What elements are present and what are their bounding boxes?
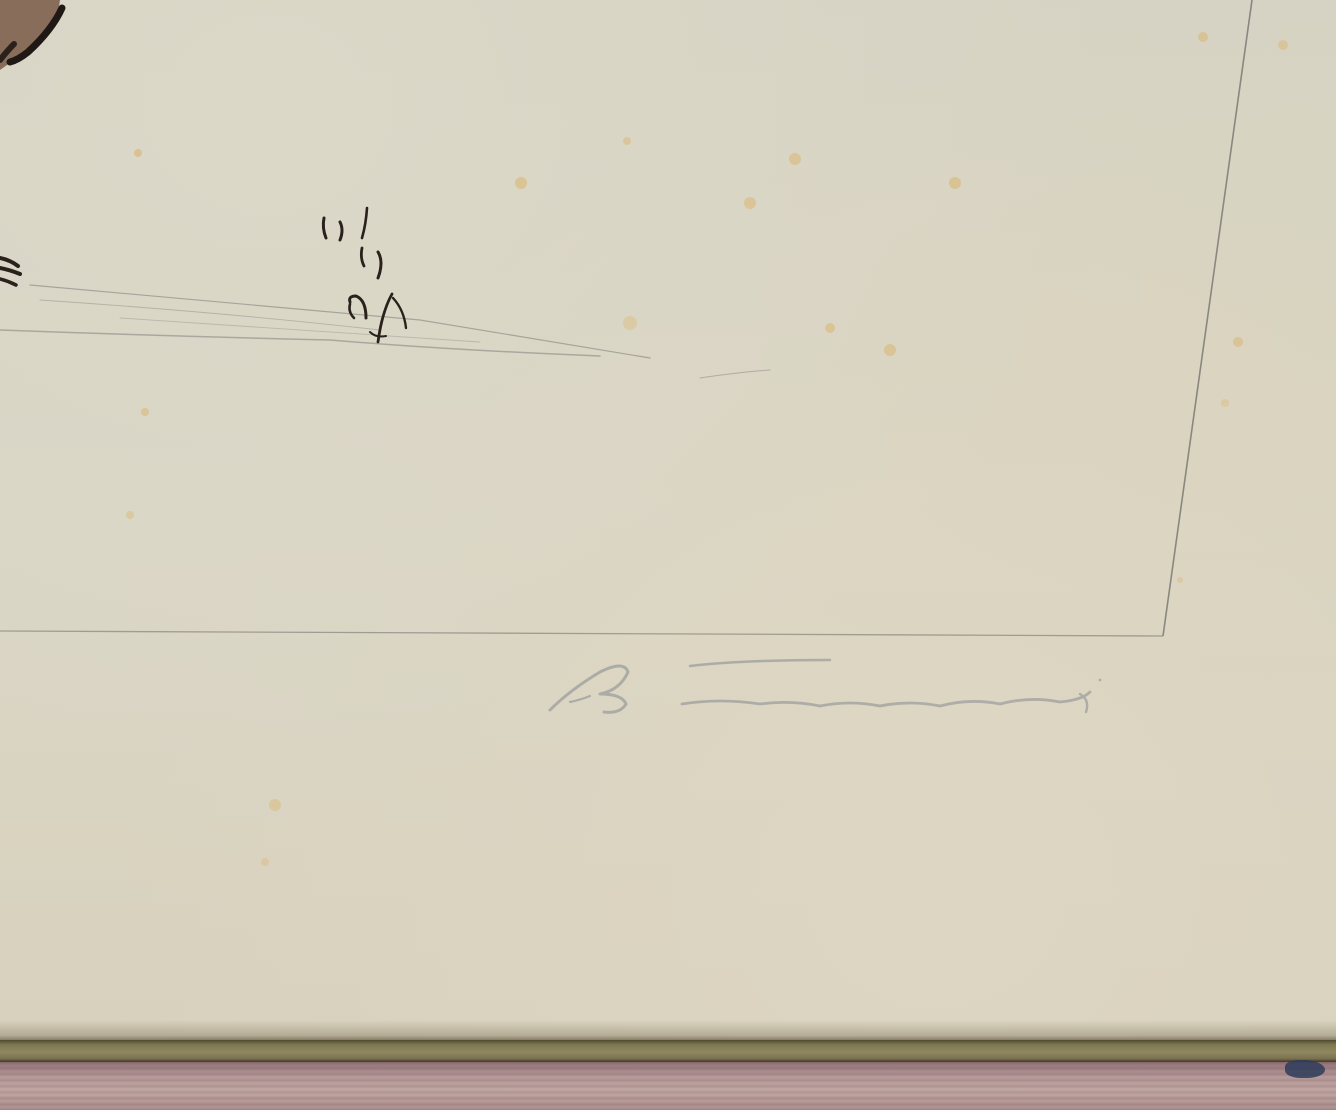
small-figures [323, 208, 406, 342]
drawing-fragment-top-left [0, 0, 62, 70]
foxing-spots [126, 32, 1288, 866]
frame-gold-fillet [0, 1040, 1336, 1062]
frame-inner-shadow [0, 1020, 1336, 1042]
pencil-signature [550, 660, 1101, 712]
drawing-strokes-left [0, 258, 20, 285]
frame-wood-molding [0, 1062, 1336, 1110]
frame-ink-blot [1285, 1060, 1325, 1078]
horizon-hatching [0, 285, 770, 378]
etching-artwork [0, 0, 1336, 1110]
